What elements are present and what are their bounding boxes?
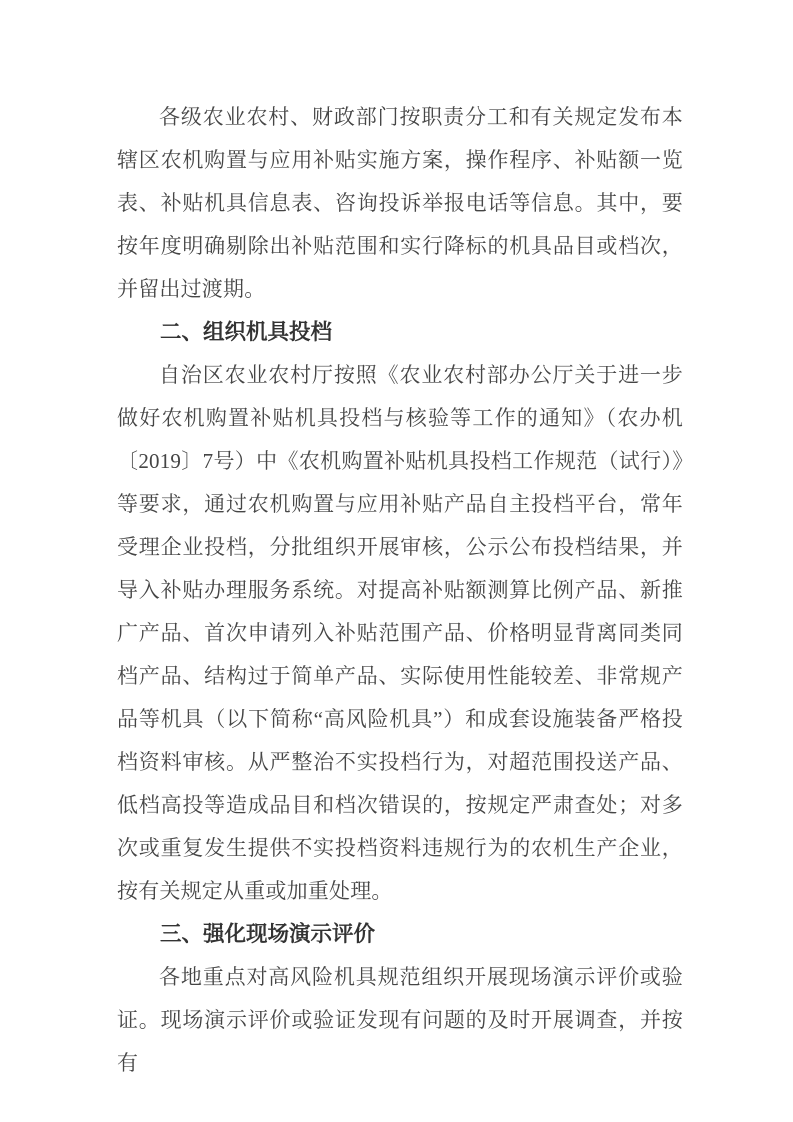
- paragraph-onsite-demonstration-details: 各地重点对高风险机具规范组织开展现场演示评价或验证。现场演示评价或验证发现有问题…: [117, 956, 683, 1085]
- document-page: 各级农业农村、财政部门按职责分工和有关规定发布本辖区农机购置与应用补贴实施方案，…: [0, 0, 793, 1122]
- paragraph-machine-filing-details: 自治区农业农村厅按照《农业农村部办公厅关于进一步做好农机购置补贴机具投档与核验等…: [117, 354, 683, 913]
- paragraph-publish-subsidy-info: 各级农业农村、财政部门按职责分工和有关规定发布本辖区农机购置与应用补贴实施方案，…: [117, 96, 683, 311]
- document-text-area: 各级农业农村、财政部门按职责分工和有关规定发布本辖区农机购置与应用补贴实施方案，…: [117, 96, 683, 1085]
- section-heading-2-organize-machine-filing: 二、组织机具投档: [117, 311, 683, 354]
- section-heading-3-onsite-demonstration-evaluation: 三、强化现场演示评价: [117, 913, 683, 956]
